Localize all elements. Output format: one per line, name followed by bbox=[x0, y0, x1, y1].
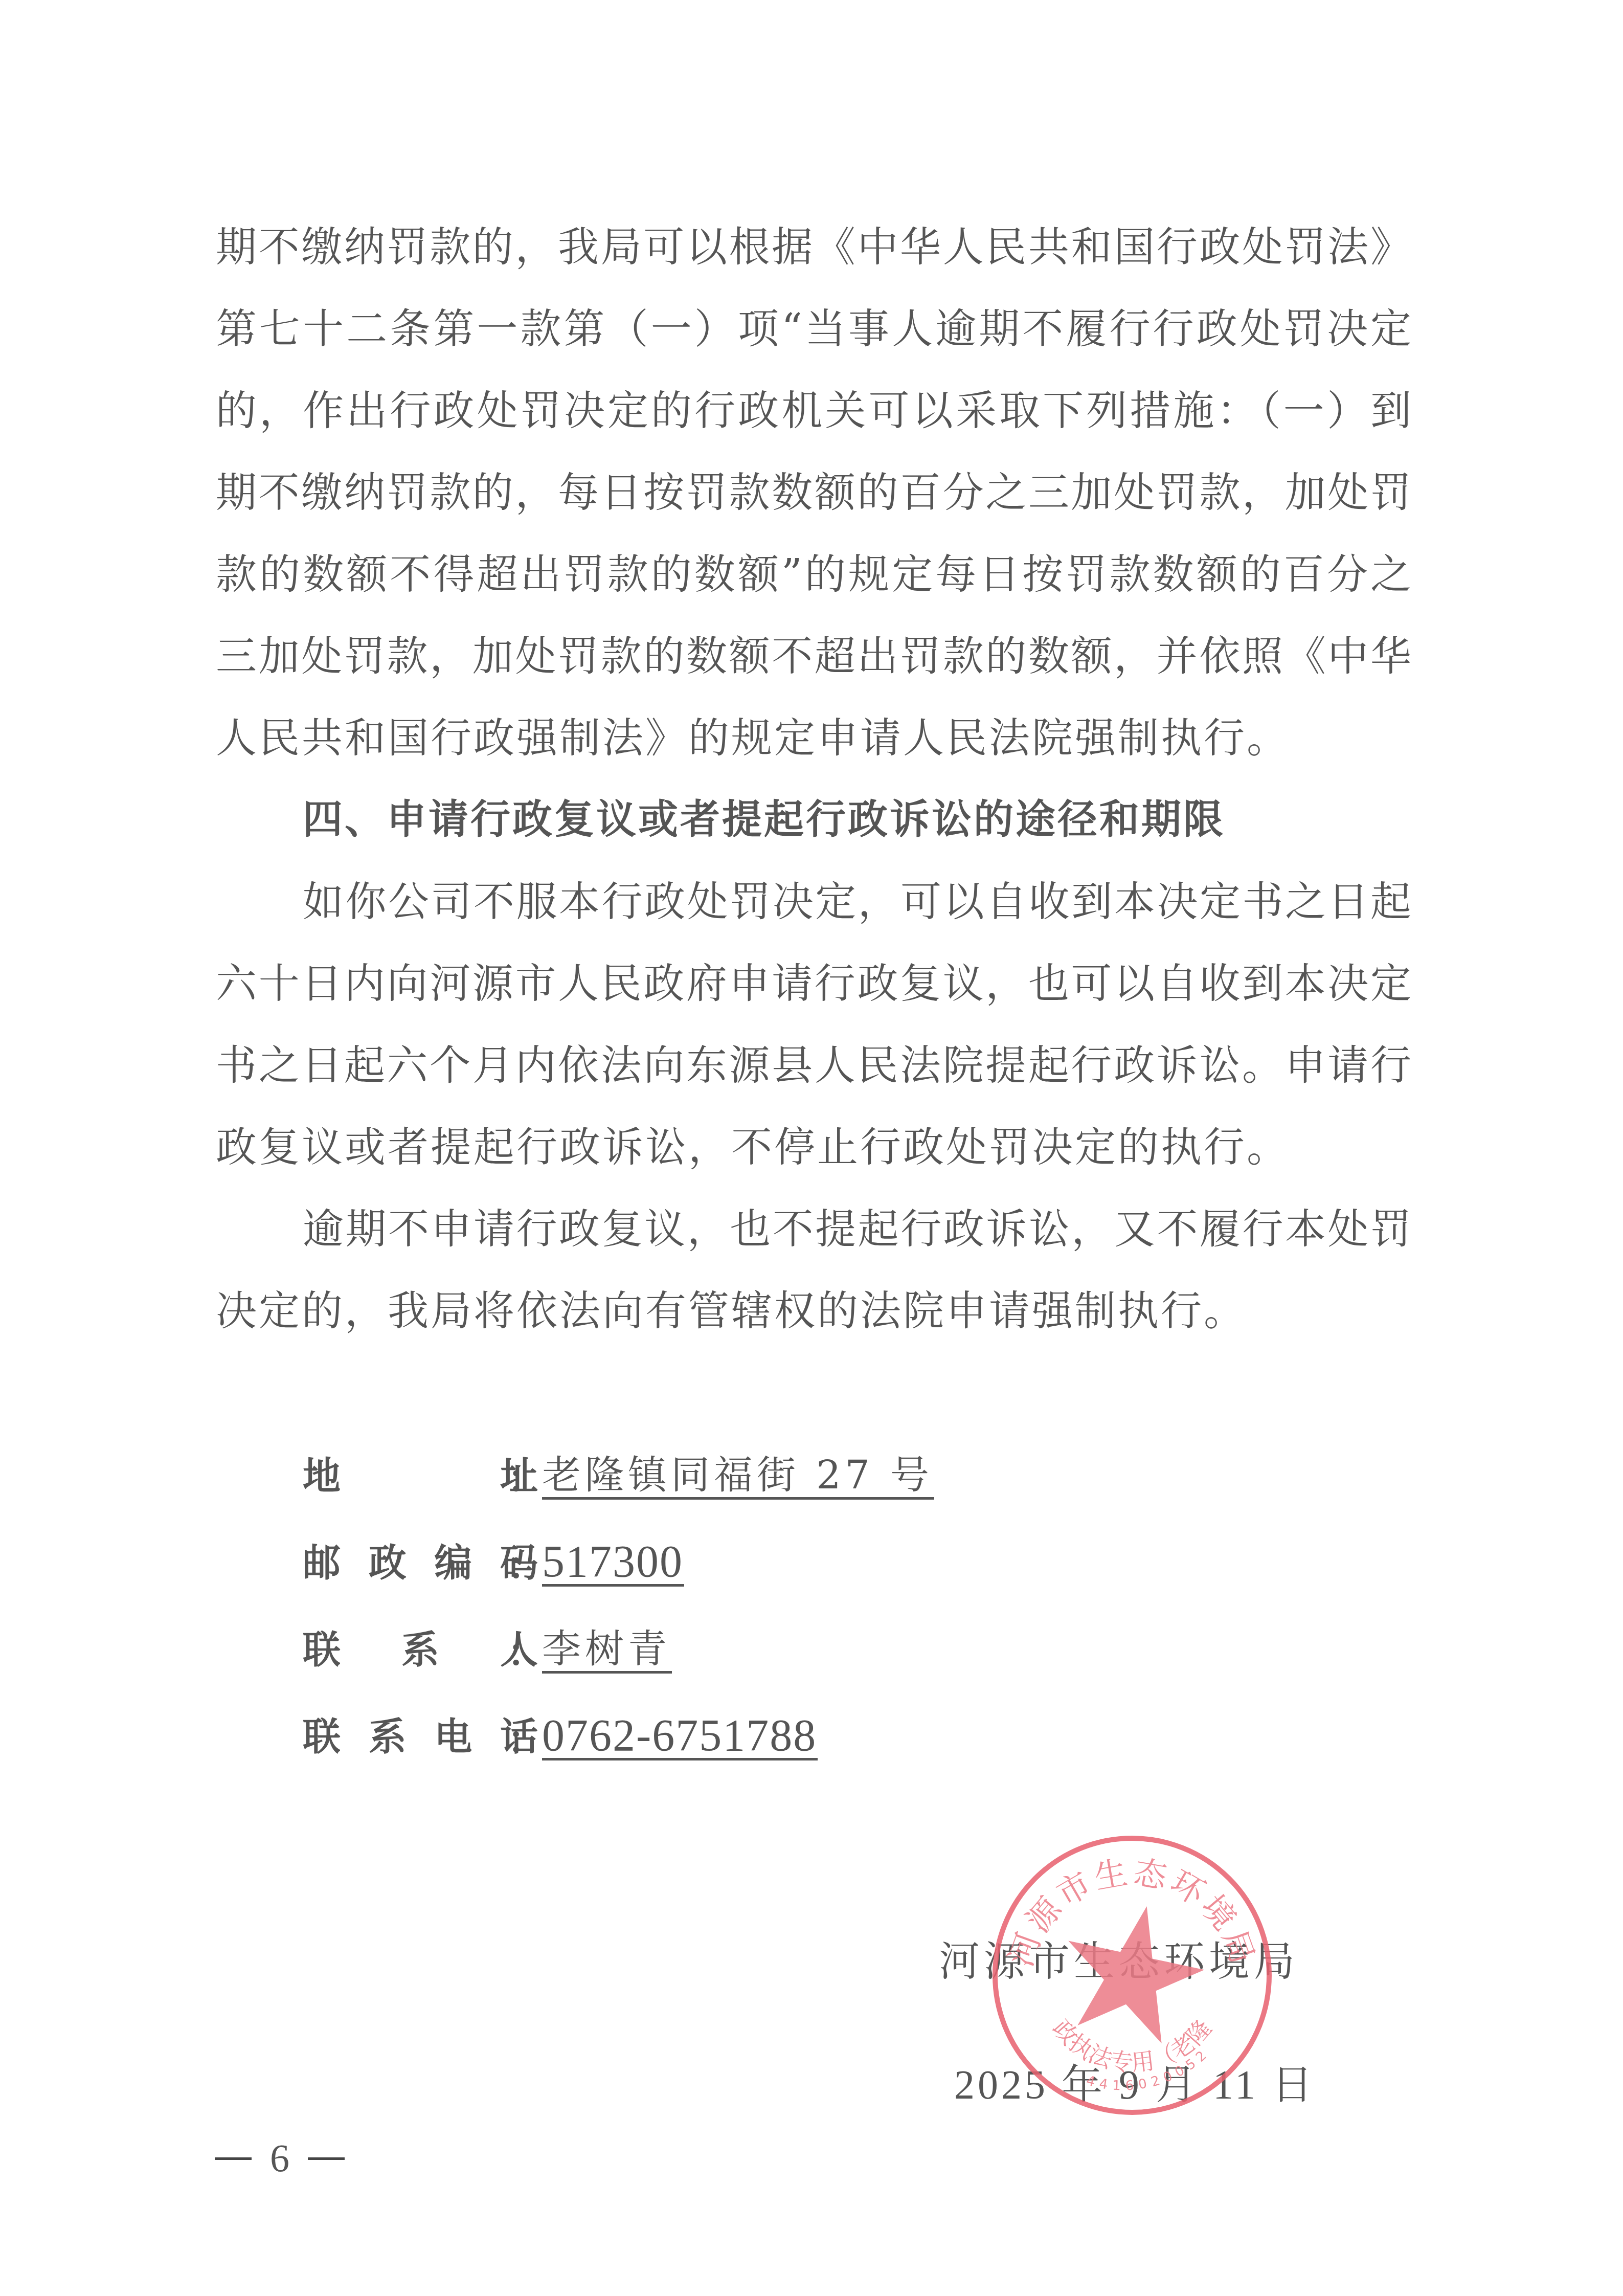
body-line: 书之日起六个月内依法向东源县人民法院提起行政诉讼。申请行 bbox=[216, 1040, 1411, 1091]
label-colon: ： bbox=[507, 1536, 511, 1590]
document-page: 期不缴纳罚款的，我局可以根据《中华人民共和国行政处罚法》 第七十二条第一款第（一… bbox=[0, 0, 1623, 2296]
issuing-organization: 河源市生态环境局 bbox=[939, 1933, 1299, 1990]
body-line: 逾期不申请行政复议，也不提起行政诉讼，又不履行本处罚 bbox=[303, 1203, 1411, 1255]
body-line: 期不缴纳罚款的，每日按罚款数额的百分之三加处罚款，加处罚 bbox=[216, 467, 1411, 518]
body-line: 六十日内向河源市人民政府申请行政复议，也可以自收到本决定 bbox=[216, 958, 1411, 1009]
label-colon: ： bbox=[507, 1710, 511, 1764]
body-line: 如你公司不服本行政处罚决定，可以自收到本决定书之日起 bbox=[303, 876, 1411, 927]
issue-date: 2025 年 9 月 11 日 bbox=[954, 2057, 1316, 2113]
body-line: 第七十二条第一款第（一）项“当事人逾期不履行行政处罚决定 bbox=[216, 303, 1411, 354]
body-line: 人民共和国行政强制法》的规定申请人民法院强制执行。 bbox=[216, 712, 1411, 764]
contact-row-phone: 联系电话 ： 0762-6751788 bbox=[303, 1711, 818, 1763]
body-line: 政复议或者提起行政诉讼，不停止行政处罚决定的执行。 bbox=[216, 1122, 1411, 1173]
postal-code-label: 邮政编码 bbox=[303, 1537, 538, 1589]
phone-label: 联系电话 bbox=[303, 1711, 538, 1763]
body-line: 款的数额不得超出罚款的数额”的规定每日按罚款数额的百分之 bbox=[216, 549, 1411, 600]
contact-person-label: 联系人 bbox=[303, 1624, 538, 1676]
section-heading: 四、申请行政复议或者提起行政诉讼的途径和期限 bbox=[303, 794, 1225, 845]
dash-right bbox=[308, 2157, 345, 2160]
page-number-value: 6 bbox=[270, 2136, 289, 2181]
body-line: 三加处罚款，加处罚款的数额不超出罚款的数额，并依照《中华 bbox=[216, 631, 1411, 682]
body-line: 期不缴纳罚款的，我局可以根据《中华人民共和国行政处罚法》 bbox=[216, 221, 1411, 273]
contact-row-postal-code: 邮政编码 ： 517300 bbox=[303, 1537, 684, 1589]
address-label: 地址 bbox=[303, 1451, 538, 1502]
label-colon: ： bbox=[507, 1449, 511, 1503]
contact-row-person: 联系人 ： 李树青 bbox=[303, 1624, 672, 1676]
phone-value: 0762-6751788 bbox=[542, 1714, 818, 1760]
contact-person-value: 李树青 bbox=[542, 1627, 672, 1674]
postal-code-value: 517300 bbox=[542, 1540, 684, 1587]
address-value: 老隆镇同福街 27 号 bbox=[542, 1453, 934, 1500]
label-colon: ： bbox=[507, 1623, 511, 1677]
body-line: 的，作出行政处罚决定的行政机关可以采取下列措施：（一）到 bbox=[216, 385, 1411, 436]
page-number: 6 bbox=[215, 2133, 345, 2184]
body-line: 决定的，我局将依法向有管辖权的法院申请强制执行。 bbox=[216, 1285, 1411, 1336]
dash-left bbox=[215, 2157, 252, 2160]
contact-row-address: 地址 ： 老隆镇同福街 27 号 bbox=[303, 1451, 934, 1502]
